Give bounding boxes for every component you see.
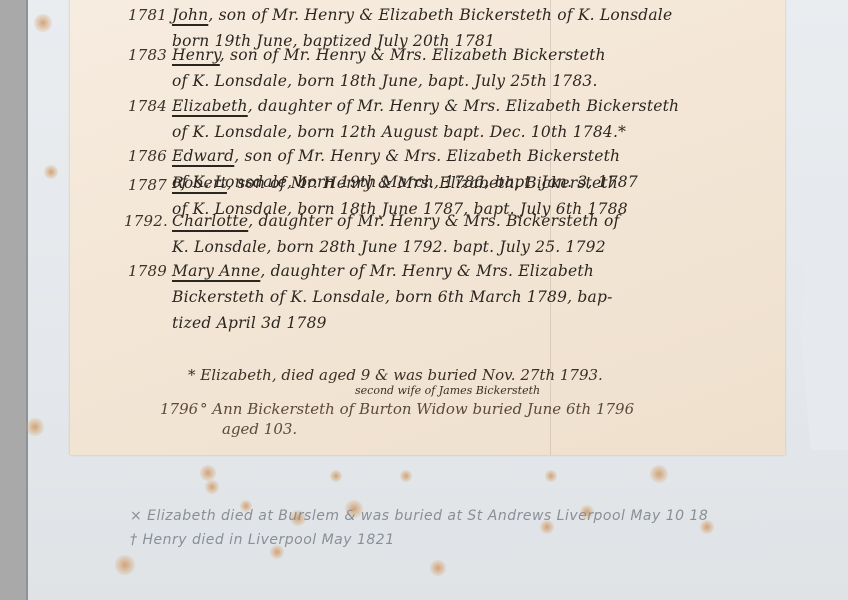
- entry-text: , son of Mr. Henry & Mrs. Elizabeth Bick…: [234, 147, 620, 165]
- entry-text: , daughter of Mr. Henry & Mrs. Elizabeth…: [248, 97, 680, 115]
- foxing-spot: [200, 465, 216, 481]
- entry-year: 1783: [128, 42, 167, 68]
- register-entry-henry: 1783 Henry, son of Mr. Henry & Mrs. Eliz…: [172, 42, 606, 94]
- entry-text: , son of Mr. Henry & Elizabeth Bickerste…: [208, 6, 672, 24]
- foxing-spot: [44, 165, 58, 179]
- burial-year: 1796: [160, 400, 198, 418]
- register-entry-elizabeth: 1784 Elizabeth, daughter of Mr. Henry & …: [172, 93, 679, 145]
- entry-text: , daughter of Mr. Henry & Mrs. Bickerste…: [248, 212, 619, 230]
- entry-text: of K. Lonsdale, born 12th August bapt. D…: [172, 119, 679, 145]
- footnote-elizabeth-death: * Elizabeth, died aged 9 & was buried No…: [188, 366, 603, 384]
- entry-text: , daughter of Mr. Henry & Mrs. Elizabeth: [260, 262, 594, 280]
- entry-text: Bickersteth of K. Lonsdale, born 6th Mar…: [172, 284, 613, 310]
- burial-entry-line1: ° Ann Bickersteth of Burton Widow buried…: [200, 400, 634, 418]
- foxing-spot: [34, 14, 52, 32]
- entry-name: Elizabeth: [172, 97, 248, 115]
- interlinear-note: second wife of James Bickersteth: [355, 384, 540, 397]
- entry-year: 1786: [128, 143, 167, 169]
- entry-year: 1792.: [124, 208, 168, 234]
- entry-name: John: [172, 6, 208, 24]
- foxing-spot: [400, 470, 412, 482]
- foxing-spot: [26, 418, 44, 436]
- pencil-note-line1: × Elizabeth died at Burslem & was buried…: [130, 508, 708, 524]
- burial-entry-line2: aged 103.: [222, 420, 297, 438]
- entry-text: of K. Lonsdale, born 18th June, bapt. Ju…: [172, 68, 606, 94]
- pencil-note-line2: † Henry died in Liverpool May 1821: [130, 532, 395, 548]
- foxing-spot: [330, 470, 342, 482]
- entry-year: 1784: [128, 93, 167, 119]
- foxing-spot: [650, 465, 668, 483]
- entry-name: Edward: [172, 147, 234, 165]
- register-entry-mary-anne: 1789 Mary Anne, daughter of Mr. Henry & …: [172, 258, 613, 336]
- foxing-spot: [430, 560, 446, 576]
- entry-name: Robert: [172, 174, 227, 192]
- entry-year: 1787: [128, 172, 167, 198]
- entry-name: Charlotte: [172, 212, 248, 230]
- entry-year: 1789: [128, 258, 167, 284]
- entry-text: , son of Mr. Henry & Mrs. Elizabeth, Bic…: [227, 174, 618, 192]
- entry-text: , son of Mr. Henry & Mrs. Elizabeth Bick…: [220, 46, 606, 64]
- foxing-spot: [545, 470, 557, 482]
- foxing-spot: [115, 555, 135, 575]
- register-entry-charlotte: 1792. Charlotte, daughter of Mr. Henry &…: [172, 208, 619, 260]
- entry-year: 1781: [128, 2, 167, 28]
- entry-text: K. Lonsdale, born 28th June 1792. bapt. …: [172, 234, 619, 260]
- foxing-spot: [205, 480, 219, 494]
- entry-name: Mary Anne: [172, 262, 260, 280]
- entry-text: tized April 3d 1789: [172, 310, 613, 336]
- entry-name: Henry: [172, 46, 220, 64]
